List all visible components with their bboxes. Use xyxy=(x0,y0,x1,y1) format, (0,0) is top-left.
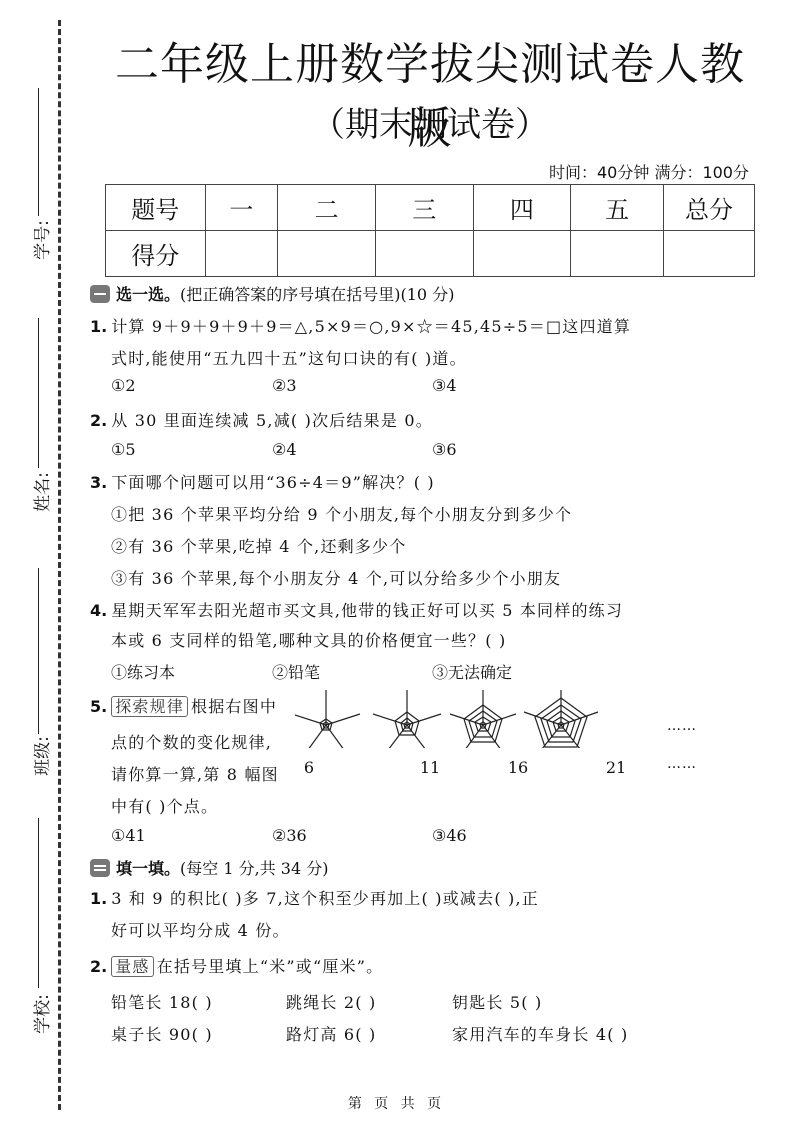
option[interactable]: ③无法确定 xyxy=(432,660,512,683)
option[interactable]: ③4 xyxy=(432,376,457,395)
section-2-title: 填一填。 xyxy=(116,856,180,879)
ellipsis: …… xyxy=(667,756,697,772)
fill-item[interactable]: 路灯高 6( ) xyxy=(286,1022,376,1045)
class-label: 班级: xyxy=(20,736,60,776)
option[interactable]: ①5 xyxy=(111,440,136,459)
pentagon-web-4 xyxy=(524,690,598,748)
figure-label: 21 xyxy=(596,758,636,777)
question-2-2: 2.量感在括号里填上“米”或“厘米”。 xyxy=(90,954,383,977)
header-cell: 题号 xyxy=(106,185,206,231)
section-1-note: (把正确答案的序号填在括号里)(10 分) xyxy=(180,282,454,305)
option[interactable]: ③有 36 个苹果,每个小朋友分 4 个,可以分给多少个小朋友 xyxy=(111,566,561,589)
question-1-3: 3.下面哪个问题可以用“36÷4＝9”解决？( ) xyxy=(90,470,435,493)
pentagon-web-2 xyxy=(373,690,441,748)
fill-item[interactable]: 钥匙长 5( ) xyxy=(452,990,542,1013)
section-2-note: (每空 1 分,共 34 分) xyxy=(180,856,328,879)
header-cell: 二 xyxy=(278,185,376,231)
school-label: 学校: xyxy=(20,994,60,1034)
question-2-1-cont: 好可以平均分成 4 份。 xyxy=(111,918,290,941)
score-cell[interactable] xyxy=(473,231,571,277)
option[interactable]: ①2 xyxy=(111,376,136,395)
header-cell: 一 xyxy=(205,185,278,231)
option[interactable]: ②3 xyxy=(272,376,297,395)
student-id-line[interactable] xyxy=(38,88,39,216)
exam-meta: 时间：40分钟 满分：100分 xyxy=(549,160,749,183)
section-1-header: 选一选。 (把正确答案的序号填在括号里)(10 分) xyxy=(90,282,454,305)
page-subtitle: （期末测试卷） xyxy=(100,97,760,146)
tag-quantity-sense: 量感 xyxy=(111,956,153,977)
figure-label: 16 xyxy=(498,758,538,777)
figure-label: 6 xyxy=(289,758,329,777)
section-number-two-icon xyxy=(90,859,110,877)
option[interactable]: ②36 xyxy=(272,826,307,845)
pentagon-web-icons xyxy=(295,688,715,748)
question-1-5-cont: 点的个数的变化规律, xyxy=(111,730,272,753)
section-2-header: 填一填。 (每空 1 分,共 34 分) xyxy=(90,856,328,879)
fill-item[interactable]: 桌子长 90( ) xyxy=(111,1022,213,1045)
school-line[interactable] xyxy=(38,818,39,988)
name-line[interactable] xyxy=(38,318,39,468)
question-1-5-cont: 中有( )个点。 xyxy=(111,794,218,817)
question-1-4: 4.星期天军军去阳光超市买文具,他带的钱正好可以买 5 本同样的练习 xyxy=(90,598,623,621)
score-cell[interactable] xyxy=(278,231,376,277)
fill-item[interactable]: 跳绳长 2( ) xyxy=(286,990,376,1013)
cut-line xyxy=(58,20,61,1110)
student-id-label: 学号: xyxy=(20,220,60,260)
pentagon-web-3 xyxy=(450,690,516,748)
question-1-1: 1.计算 9＋9＋9＋9＋9＝△,5×9＝○,9×☆＝45,45÷5＝□这四道算 xyxy=(90,314,631,337)
score-cell[interactable] xyxy=(663,231,754,277)
score-header-row: 题号 一 二 三 四 五 总分 xyxy=(106,185,755,231)
question-1-2: 2.从 30 里面连续减 5,减( )次后结果是 0。 xyxy=(90,408,433,431)
section-number-one-icon xyxy=(90,285,110,303)
tag-explore-pattern: 探索规律 xyxy=(111,696,188,717)
pentagon-web-1 xyxy=(295,690,360,748)
score-value-row: 得分 xyxy=(106,231,755,277)
score-label-cell: 得分 xyxy=(106,231,206,277)
score-cell[interactable] xyxy=(205,231,278,277)
pattern-figures: 6 11 16 21 …… …… xyxy=(295,688,715,778)
option[interactable]: ①把 36 个苹果平均分给 9 个小朋友,每个小朋友分到多少个 xyxy=(111,502,572,525)
header-cell: 四 xyxy=(473,185,571,231)
question-1-4-cont: 本或 6 支同样的铅笔,哪种文具的价格便宜一些？( ) xyxy=(111,628,506,651)
option[interactable]: ①41 xyxy=(111,826,146,845)
option[interactable]: ②铅笔 xyxy=(272,660,320,683)
option[interactable]: ②有 36 个苹果,吃掉 4 个,还剩多少个 xyxy=(111,534,406,557)
option[interactable]: ③46 xyxy=(432,826,467,845)
score-table: 题号 一 二 三 四 五 总分 得分 xyxy=(105,184,755,277)
page-footer: 第 页 共 页 xyxy=(0,1093,793,1113)
figure-label: 11 xyxy=(410,758,450,777)
class-line[interactable] xyxy=(38,568,39,734)
question-1-5: 5.探索规律根据右图中 xyxy=(90,694,277,717)
score-cell[interactable] xyxy=(571,231,664,277)
header-cell: 总分 xyxy=(663,185,754,231)
question-2-1: 1.3 和 9 的积比( )多 7,这个积至少再加上( )或减去( ),正 xyxy=(90,886,539,909)
option[interactable]: ③6 xyxy=(432,440,457,459)
score-cell[interactable] xyxy=(375,231,473,277)
question-1-1-cont: 式时,能使用“五九四十五”这句口诀的有( )道。 xyxy=(111,346,467,369)
ellipsis: …… xyxy=(667,718,697,734)
name-label: 姓名: xyxy=(20,472,60,512)
fill-item[interactable]: 家用汽车的车身长 4( ) xyxy=(452,1022,628,1045)
header-cell: 三 xyxy=(375,185,473,231)
section-1-title: 选一选。 xyxy=(116,282,180,305)
option[interactable]: ②4 xyxy=(272,440,297,459)
option[interactable]: ①练习本 xyxy=(111,660,175,683)
question-1-5-cont: 请你算一算,第 8 幅图 xyxy=(111,762,279,785)
fill-item[interactable]: 铅笔长 18( ) xyxy=(111,990,213,1013)
header-cell: 五 xyxy=(571,185,664,231)
